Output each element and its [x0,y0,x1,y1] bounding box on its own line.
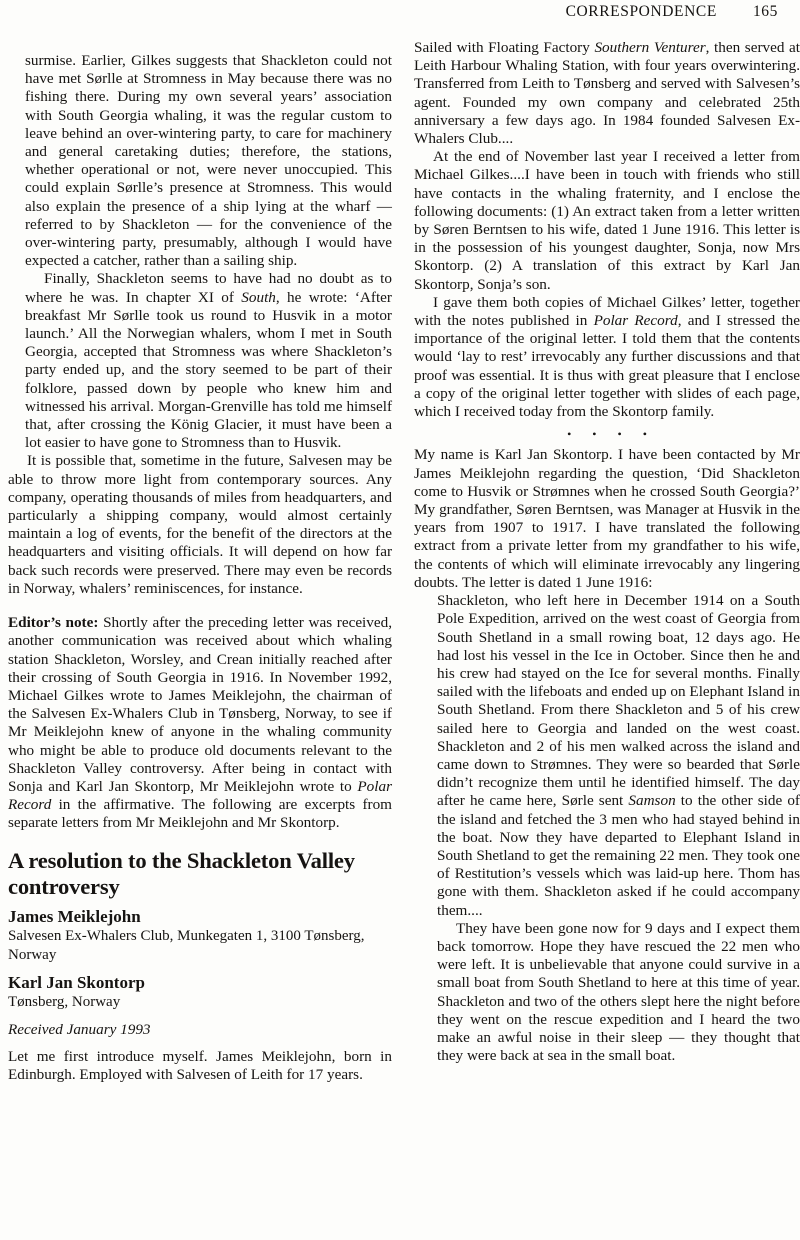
paragraph-continuation: surmise. Earlier, Gilkes suggests that S… [8,52,392,270]
right-column: Sailed with Floating Factory Southern Ve… [414,39,800,1065]
page-header: CORRESPONDENCE 165 [566,3,778,21]
author-name-1: James Meiklejohn [8,906,392,927]
author-affiliation-1: Salvesen Ex-Whalers Club, Munkegaten 1, … [8,927,392,966]
author-affiliation-2: Tønsberg, Norway [8,993,392,1013]
letter-quote-paragraph-1: Shackleton, who left here in December 19… [437,592,800,920]
letter-quote-paragraph-2: They have been gone now for 9 days and I… [437,920,800,1066]
paragraph-intro: Let me first introduce myself. James Mei… [8,1048,392,1084]
paragraph-possible: It is possible that, sometime in the fut… [8,452,392,598]
paragraph-myname: My name is Karl Jan Skontorp. I have bee… [414,446,800,592]
article-title: A resolution to the Shackleton Valley co… [8,848,392,900]
paragraph-sailed: Sailed with Floating Factory Southern Ve… [414,39,800,148]
received-date: Received January 1993 [8,1021,392,1039]
paragraph-november: At the end of November last year I recei… [414,148,800,294]
page-number: 165 [753,3,778,21]
left-column: surmise. Earlier, Gilkes suggests that S… [8,52,392,1085]
author-name-2: Karl Jan Skontorp [8,972,392,993]
running-head: CORRESPONDENCE [566,3,717,21]
paragraph-finally: Finally, Shackleton seems to have had no… [8,270,392,452]
paragraph-gave: I gave them both copies of Michael Gilke… [414,294,800,421]
section-separator-dots: • • • • [414,425,800,443]
editors-note: Editor’s note: Shortly after the precedi… [8,614,392,832]
